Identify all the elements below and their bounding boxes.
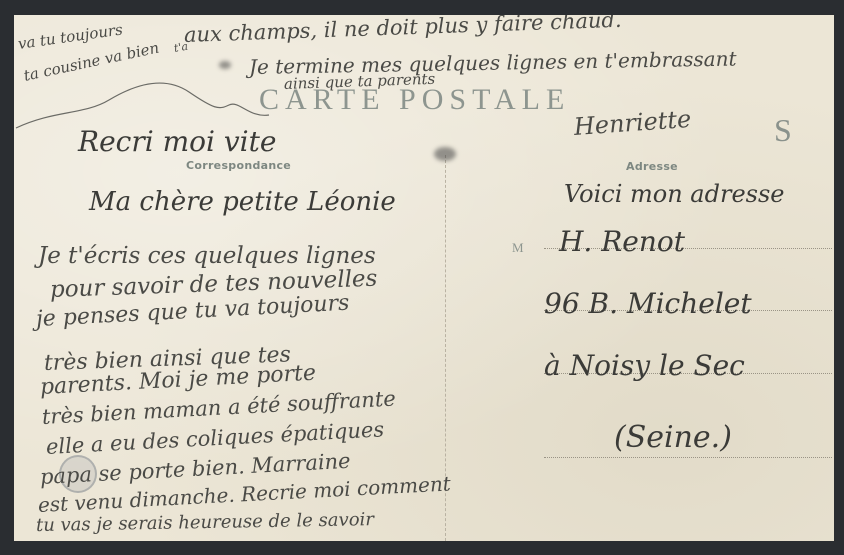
ink-blot xyxy=(219,61,231,69)
address-region: (Seine.) xyxy=(614,420,732,455)
top-line-1: aux champs, il ne doit plus y faire chau… xyxy=(184,15,622,47)
address-label: Adresse xyxy=(626,160,678,173)
stamp-mark-s: S xyxy=(774,112,792,149)
salutation: Ma chère petite Léonie xyxy=(89,187,396,217)
address-street: 96 B. Michelet xyxy=(544,287,752,320)
message-line-10: tu vas je serais heureuse de le savoir xyxy=(36,509,374,536)
ink-blot xyxy=(434,147,456,161)
signature: Henriette xyxy=(573,105,692,141)
message-line-1: Je t'écris ces quelques lignes xyxy=(38,243,376,269)
correspondence-label: Correspondance xyxy=(186,159,291,172)
postcard-back: CARTE POSTALE Correspondance Adresse S v… xyxy=(14,15,834,541)
address-prefix: M xyxy=(512,240,524,256)
address-name: H. Renot xyxy=(559,225,685,258)
address-town: à Noisy le Sec xyxy=(544,349,745,382)
heading: Recri moi vite xyxy=(78,125,276,158)
address-line-4 xyxy=(544,457,832,458)
address-intro: Voici mon adresse xyxy=(564,180,784,208)
